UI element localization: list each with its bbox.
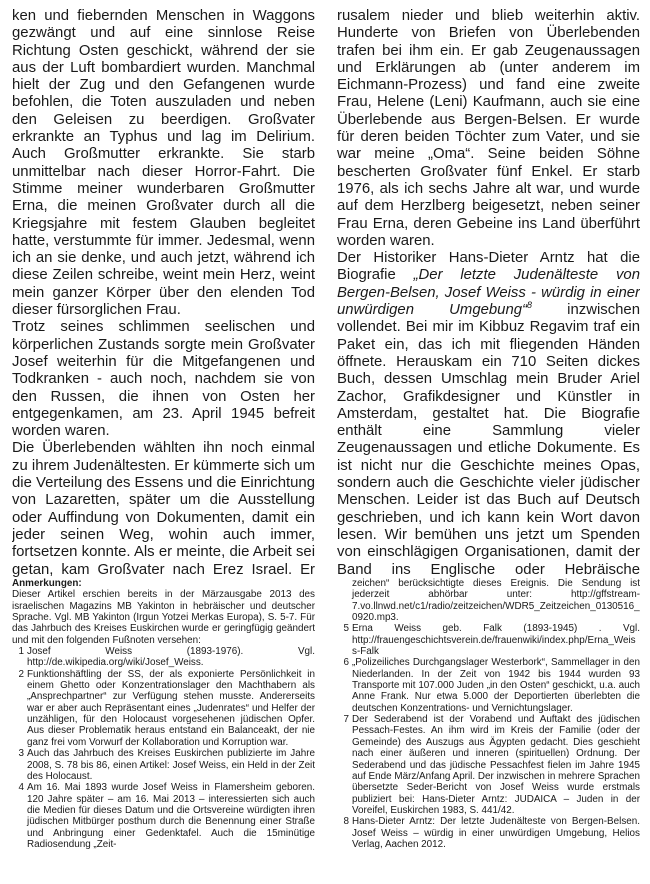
footnote-item-1: 1 Josef Weiss (1893-1976). Vgl. http://d… xyxy=(12,646,315,669)
footnote-text: Am 16. Mai 1893 wurde Josef Weiss in Fla… xyxy=(27,782,315,850)
footnotes-column-right: zeichen“ berücksichtigte dieses Ereignis… xyxy=(337,578,640,850)
footnote-number: 3 xyxy=(12,748,24,759)
footnote-number: 2 xyxy=(12,669,24,680)
footnote-item-8: 8 Hans-Dieter Arntz: Der letzte Judenält… xyxy=(337,816,640,850)
footnote-number: 7 xyxy=(337,714,349,725)
footnotes-section: Anmerkungen: Dieser Artikel erschien ber… xyxy=(12,578,640,850)
footnotes-intro: Dieser Artikel erschien bereits in der M… xyxy=(12,589,315,646)
article-body: ken und fiebernden Menschen in Waggons g… xyxy=(12,8,640,578)
article-column-right: rusalem nieder und blieb weiterhin aktiv… xyxy=(337,8,640,578)
paragraph-train-journey: ken und fiebernden Menschen in Waggons g… xyxy=(12,8,315,319)
footnote-text: Auch das Jahrbuch des Kreises Euskirchen… xyxy=(27,748,315,782)
footnote-item-3: 3 Auch das Jahrbuch des Kreises Euskirch… xyxy=(12,748,315,782)
footnote-text: Josef Weiss (1893-1976). Vgl. http://de.… xyxy=(27,646,315,669)
footnote-item-5: 5 Erna Weiss geb. Falk (1893-1945) . Vgl… xyxy=(337,623,640,657)
footnote-text: Der Sederabend ist der Vorabend und Auft… xyxy=(352,714,640,816)
footnote-number: 5 xyxy=(337,623,349,634)
paragraph-liberation: Trotz seines schlimmen seelischen und kö… xyxy=(12,319,315,440)
footnotes-heading: Anmerkungen: xyxy=(12,578,315,589)
footnote-number: 1 xyxy=(12,646,24,657)
footnote-text: Erna Weiss geb. Falk (1893-1945) . Vgl. … xyxy=(352,623,640,657)
footnotes-column-left: Anmerkungen: Dieser Artikel erschien ber… xyxy=(12,578,315,850)
footnote-number: 4 xyxy=(12,782,24,793)
paragraph-jerusalem-life: rusalem nieder und blieb weiterhin aktiv… xyxy=(337,8,640,250)
footnote-text: Funktionshäftling der SS, der als exponi… xyxy=(27,669,315,748)
text-segment-after-quote: inzwischen vollendet. Bei mir im Kibbuz … xyxy=(337,302,640,578)
paragraph-biography: Der Historiker Hans-Dieter Arntz hat die… xyxy=(337,250,640,578)
footnote-number: 6 xyxy=(337,657,349,668)
footnote-item-7: 7 Der Sederabend ist der Vorabend und Au… xyxy=(337,714,640,816)
footnote-number: 8 xyxy=(337,816,349,827)
footnote-item-4-continued: zeichen“ berücksichtigte dieses Ereignis… xyxy=(337,578,640,623)
footnote-text: zeichen“ berücksichtigte dieses Ereignis… xyxy=(352,578,640,623)
paragraph-judenaeltester: Die Überlebenden wählten ihn noch einmal… xyxy=(12,440,315,578)
footnote-text: Hans-Dieter Arntz: Der letzte Judenältes… xyxy=(352,816,640,850)
footnote-item-6: 6 „Polizeiliches Durchgangslager Westerb… xyxy=(337,657,640,714)
article-column-left: ken und fiebernden Menschen in Waggons g… xyxy=(12,8,315,578)
footnote-text: „Polizeiliches Durchgangslager Westerbor… xyxy=(352,657,640,714)
footnote-item-2: 2 Funktionshäftling der SS, der als expo… xyxy=(12,669,315,748)
article-page: ken und fiebernden Menschen in Waggons g… xyxy=(0,0,650,884)
footnote-item-4: 4 Am 16. Mai 1893 wurde Josef Weiss in F… xyxy=(12,782,315,850)
